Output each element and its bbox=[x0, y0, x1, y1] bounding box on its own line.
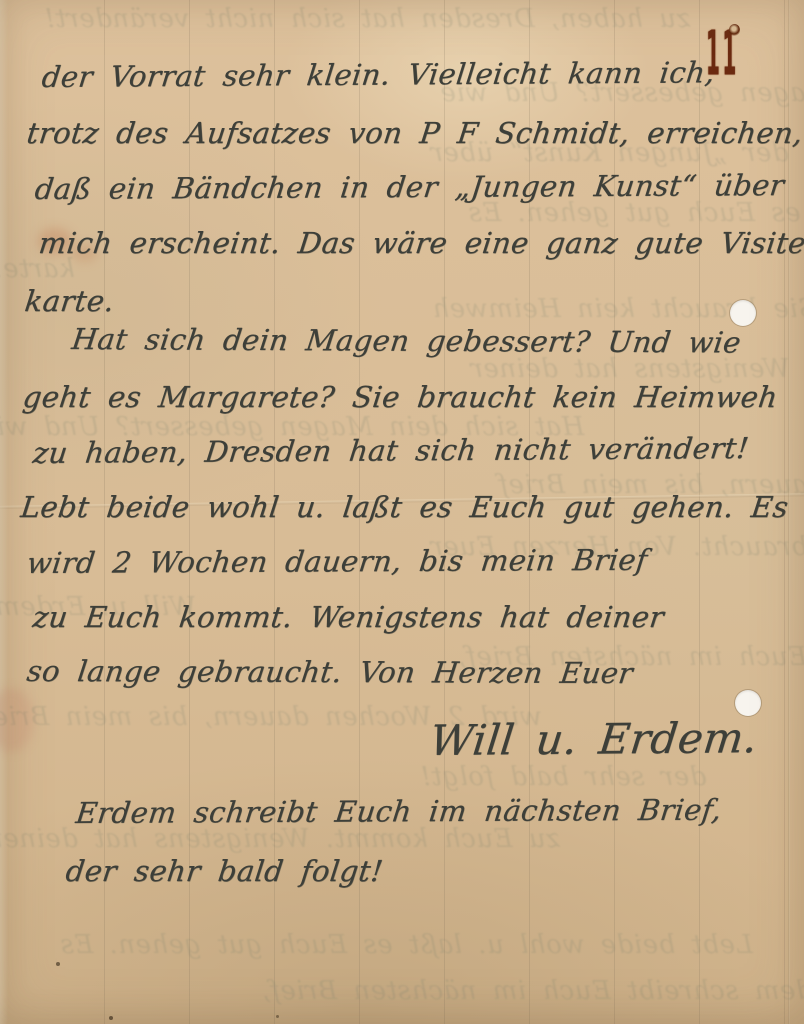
letter-body-text: der Vorrat sehr klein. Vielleicht kann i… bbox=[0, 0, 804, 1024]
letter-line: daß ein Bändchen in der „Jungen Kunst“ ü… bbox=[33, 168, 786, 206]
letter-scan-page: zu haben, Dresden hat sich nicht verände… bbox=[0, 0, 804, 1024]
letter-line: zu haben, Dresden hat sich nicht verände… bbox=[31, 431, 751, 470]
letter-line: Lebt beide wohl u. laßt es Euch gut gehe… bbox=[19, 490, 790, 524]
letter-line: der Vorrat sehr klein. Vielleicht kann i… bbox=[40, 55, 717, 94]
page-number: 11 bbox=[706, 18, 739, 89]
letter-line: mich erscheint. Das wäre eine ganz gute … bbox=[37, 226, 804, 260]
letter-line: geht es Margarete? Sie braucht kein Heim… bbox=[21, 380, 780, 414]
letter-line: zu Euch kommt. Wenigstens hat deiner bbox=[31, 600, 666, 634]
letter-line: wird 2 Wochen dauern, bis mein Brief bbox=[25, 543, 649, 580]
letter-line: so lange gebraucht. Von Herzen Euer bbox=[25, 654, 635, 690]
signature-line: Will u. Erdem. bbox=[427, 713, 760, 765]
punch-hole-bottom bbox=[735, 690, 761, 716]
letter-line: Hat sich dein Magen gebessert? Und wie bbox=[70, 322, 743, 360]
postscript-line: Erdem schreibt Euch im nächsten Brief, bbox=[74, 793, 724, 830]
letter-line: trotz des Aufsatzes von P F Schmidt, err… bbox=[25, 116, 804, 150]
punch-hole-top bbox=[730, 300, 756, 326]
postscript-line: der sehr bald folgt! bbox=[64, 854, 385, 888]
letter-line: karte. bbox=[23, 284, 116, 318]
